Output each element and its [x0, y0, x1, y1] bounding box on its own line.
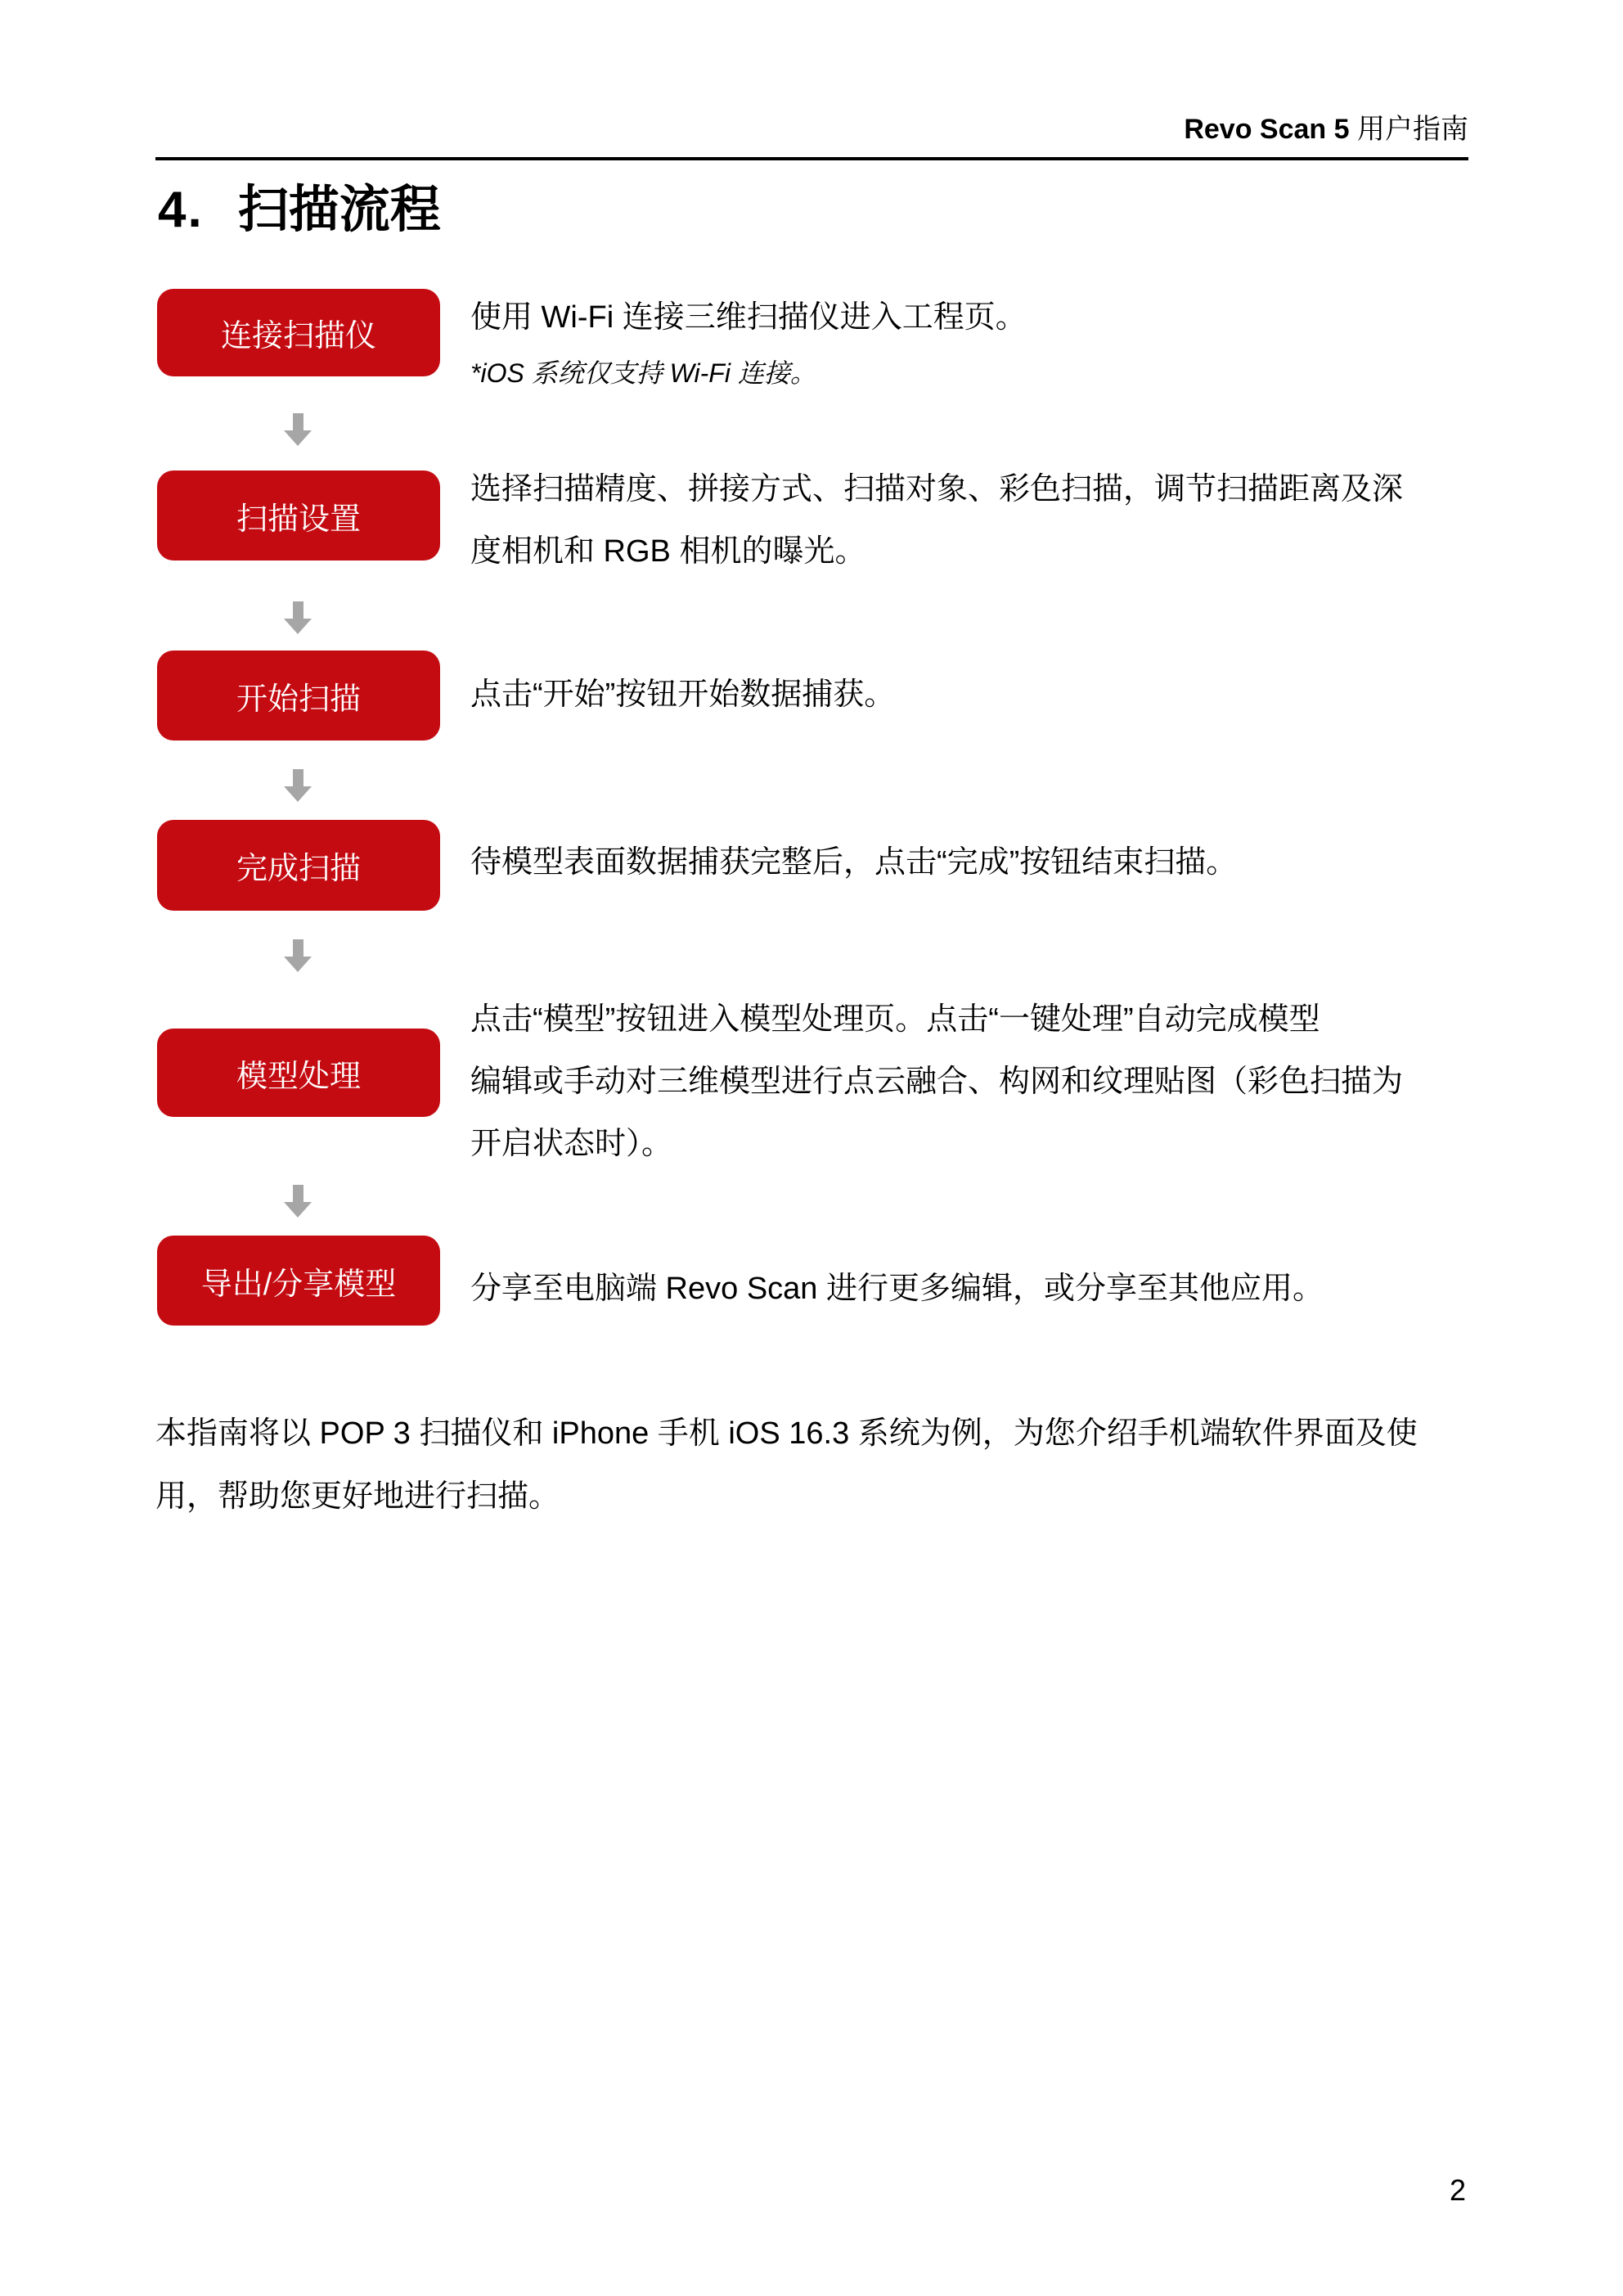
flow-step-model-processing: 模型处理 — [157, 1029, 440, 1117]
flow-step-export-share: 导出/分享模型 — [157, 1236, 440, 1326]
running-header: Revo Scan 5 用户指南 — [1184, 113, 1468, 146]
desc-line: 使用 Wi-Fi 连接三维扫描仪进入工程页。 — [470, 286, 1027, 349]
page-number: 2 — [1450, 2173, 1466, 2208]
down-arrow-icon — [284, 413, 312, 446]
closing-paragraph: 本指南将以 POP 3 扫描仪和 iPhone 手机 iOS 16.3 系统为例… — [155, 1402, 1418, 1528]
flow-step-finish-scan-desc: 待模型表面数据捕获完整后，点击“完成”按钮结束扫描。 — [470, 831, 1237, 894]
section-title-text: 扫描流程 — [238, 182, 441, 238]
flow-step-scan-settings: 扫描设置 — [157, 470, 440, 560]
down-arrow-icon — [284, 939, 312, 972]
flow-step-scan-settings-desc: 选择扫描精度、拼接方式、扫描对象、彩色扫描，调节扫描距离及深 度相机和 RGB … — [470, 458, 1403, 583]
flow-step-connect-desc: 使用 Wi-Fi 连接三维扫描仪进入工程页。 *iOS 系统仅支持 Wi-Fi … — [470, 286, 1027, 398]
closing-line: 用，帮助您更好地进行扫描。 — [155, 1465, 1418, 1528]
document-page: Revo Scan 5 用户指南 4.扫描流程 连接扫描仪 使用 Wi-Fi 连… — [0, 0, 1623, 2296]
flow-step-start-scan: 开始扫描 — [157, 651, 440, 741]
ios-wifi-note: *iOS 系统仅支持 Wi-Fi 连接。 — [470, 349, 1027, 398]
section-title: 4.扫描流程 — [158, 182, 441, 239]
header-divider — [155, 157, 1468, 160]
flow-step-export-share-desc: 分享至电脑端 Revo Scan 进行更多编辑，或分享至其他应用。 — [470, 1258, 1324, 1320]
header-product-name: Revo Scan 5 — [1184, 114, 1349, 145]
header-doc-type: 用户指南 — [1350, 114, 1468, 145]
desc-line: 待模型表面数据捕获完整后，点击“完成”按钮结束扫描。 — [470, 831, 1237, 894]
flow-step-connect-scanner: 连接扫描仪 — [157, 289, 440, 376]
flow-step-finish-scan: 完成扫描 — [157, 820, 440, 911]
desc-line: 点击“模型”按钮进入模型处理页。点击“一键处理”自动完成模型 — [470, 988, 1403, 1051]
flow-step-start-scan-desc: 点击“开始”按钮开始数据捕获。 — [470, 664, 895, 726]
desc-line: 选择扫描精度、拼接方式、扫描对象、彩色扫描，调节扫描距离及深 — [470, 458, 1403, 520]
desc-line: 点击“开始”按钮开始数据捕获。 — [470, 664, 895, 726]
desc-line: 编辑或手动对三维模型进行点云融合、构网和纹理贴图（彩色扫描为 — [470, 1051, 1403, 1113]
closing-line: 本指南将以 POP 3 扫描仪和 iPhone 手机 iOS 16.3 系统为例… — [155, 1402, 1418, 1465]
section-number: 4. — [158, 182, 204, 238]
desc-line: 度相机和 RGB 相机的曝光。 — [470, 520, 1403, 583]
flow-step-model-processing-desc: 点击“模型”按钮进入模型处理页。点击“一键处理”自动完成模型 编辑或手动对三维模… — [470, 988, 1403, 1175]
down-arrow-icon — [284, 601, 312, 634]
desc-line: 分享至电脑端 Revo Scan 进行更多编辑，或分享至其他应用。 — [470, 1258, 1324, 1320]
down-arrow-icon — [284, 769, 312, 802]
down-arrow-icon — [284, 1185, 312, 1218]
desc-line: 开启状态时）。 — [470, 1113, 1403, 1175]
